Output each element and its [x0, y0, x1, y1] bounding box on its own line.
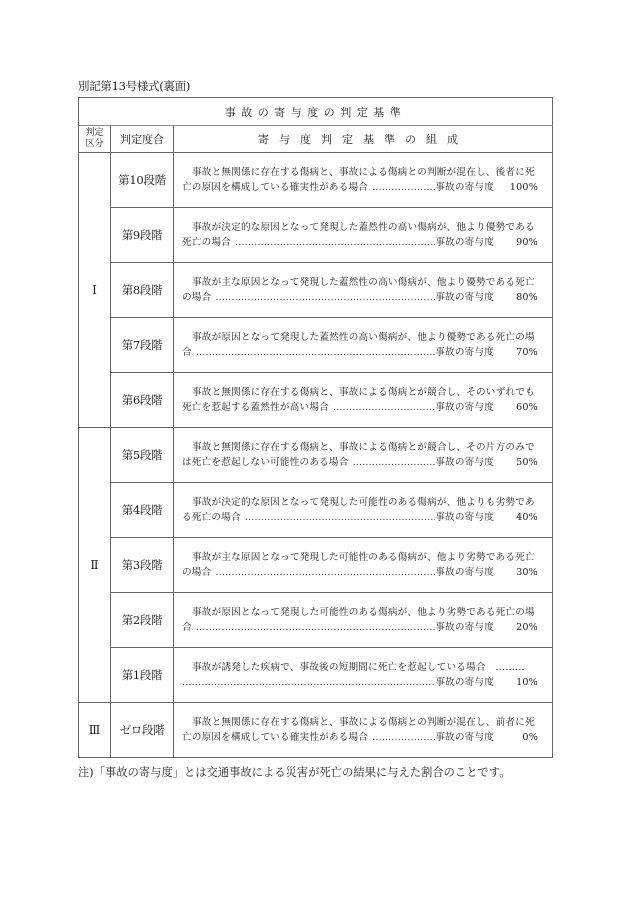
criteria-text-line1: 事故が原因となって発現した可能性のある傷病が、他より劣勢である死亡の場 — [182, 605, 546, 621]
score-label: 事故の寄与度 — [435, 675, 494, 691]
degree-cell: 第6段階 — [111, 373, 174, 428]
leader-dots — [235, 235, 435, 251]
criteria-text-line1: 事故が決定的な原因となって発現した可能性のある傷病が、他よりも劣勢であ — [182, 495, 546, 511]
criteria-cell: 事故が誘発した疾病で、事故後の短期間に死亡を惹起している場合 ……… 事故の寄与… — [174, 648, 553, 703]
degree-cell: 第9段階 — [111, 208, 174, 263]
criteria-text-line1: 事故と無関係に存在する傷病と、事故による傷病との判断が混在し、後者に死 — [182, 165, 546, 181]
score-label: 事故の寄与度 — [435, 235, 494, 251]
score-label: 事故の寄与度 — [435, 620, 494, 636]
score-label: 事故の寄与度 — [435, 565, 494, 581]
leader-dots — [245, 510, 435, 526]
table-row: 第6段階 事故と無関係に存在する傷病と、事故による傷病とが競合し、そのいずれでも… — [79, 373, 553, 428]
criteria-cell: 事故と無関係に存在する傷病と、事故による傷病とが競合し、その片方のみで は死亡を… — [174, 428, 553, 483]
leader-dots — [333, 400, 435, 416]
criteria-text-line1: 事故が誘発した疾病で、事故後の短期間に死亡を惹起している場合 ……… — [182, 660, 546, 676]
table-header-row: 判定 区分 判定度合 寄与度判定基準の組成 — [79, 126, 553, 153]
criteria-cell: 事故が決定的な原因となって発現した蓋然性の高い傷病が、他より優勢である 死亡の場… — [174, 208, 553, 263]
leader-dots — [372, 180, 435, 196]
criteria-cell: 事故と無関係に存在する傷病と、事故による傷病との判断が混在し、前者に死 亡の原因… — [174, 703, 553, 758]
header-degree: 判定度合 — [111, 126, 174, 153]
header-category-line2: 区分 — [79, 139, 110, 150]
category-cell: Ⅰ — [79, 153, 111, 428]
score-label: 事故の寄与度 — [435, 510, 494, 526]
score-value: 40% — [494, 510, 546, 526]
footnote: 注)「事故の寄与度」とは交通事故による災害が死亡の結果に与えた割合のことです。 — [78, 764, 511, 780]
score-value: 100% — [494, 180, 546, 196]
score-label: 事故の寄与度 — [435, 345, 494, 361]
score-label: 事故の寄与度 — [435, 290, 494, 306]
header-category-line1: 判定 — [79, 128, 110, 139]
table-row: 第2段階 事故が原因となって発現した可能性のある傷病が、他より劣勢である死亡の場… — [79, 593, 553, 648]
leader-dots — [182, 675, 435, 691]
score-label: 事故の寄与度 — [435, 180, 494, 196]
criteria-text-line1: 事故が主な原因となって発現した可能性のある傷病が、他より劣勢である死亡 — [182, 550, 546, 566]
criteria-text-line2: 亡の原因を構成している確実性がある場合 — [182, 180, 368, 196]
leader-dots — [196, 345, 435, 361]
criteria-cell: 事故が原因となって発現した蓋然性の高い傷病が、他より優勢である死亡の場 合事故の… — [174, 318, 553, 373]
leader-dots — [353, 455, 436, 471]
score-value: 10% — [494, 675, 546, 691]
criteria-cell: 事故と無関係に存在する傷病と、事故による傷病との判断が混在し、後者に死 亡の原因… — [174, 153, 553, 208]
score-value: 0% — [494, 730, 546, 746]
criteria-text-line1: 事故が決定的な原因となって発現した蓋然性の高い傷病が、他より優勢である — [182, 220, 546, 236]
score-value: 20% — [494, 620, 546, 636]
leader-dots — [215, 290, 435, 306]
criteria-cell: 事故が決定的な原因となって発現した可能性のある傷病が、他よりも劣勢であ る死亡の… — [174, 483, 553, 538]
score-label: 事故の寄与度 — [435, 400, 494, 416]
criteria-cell: 事故が主な原因となって発現した蓋然性の高い傷病が、他より優勢である死亡 の場合事… — [174, 263, 553, 318]
leader-dots — [215, 565, 435, 581]
table-row: Ⅰ 第10段階 事故と無関係に存在する傷病と、事故による傷病との判断が混在し、後… — [79, 153, 553, 208]
degree-cell: ゼロ段階 — [111, 703, 174, 758]
criteria-text-line1: 事故が原因となって発現した蓋然性の高い傷病が、他より優勢である死亡の場 — [182, 330, 546, 346]
table-title: 事故の寄与度の判定基準 — [79, 98, 553, 126]
header-category: 判定 区分 — [79, 126, 111, 153]
score-value: 60% — [494, 400, 546, 416]
category-cell: Ⅱ — [79, 428, 111, 703]
criteria-text-line2: は死亡を惹起しない可能性のある場合 — [182, 455, 349, 471]
degree-cell: 第5段階 — [111, 428, 174, 483]
criteria-text-line1: 事故と無関係に存在する傷病と、事故による傷病との判断が混在し、前者に死 — [182, 715, 546, 731]
degree-cell: 第3段階 — [111, 538, 174, 593]
criteria-text-line1: 事故と無関係に存在する傷病と、事故による傷病とが競合し、その片方のみで — [182, 440, 546, 456]
score-value: 30% — [494, 565, 546, 581]
degree-cell: 第10段階 — [111, 153, 174, 208]
form-label: 別記第13号様式(裏面) — [78, 78, 190, 94]
header-criteria: 寄与度判定基準の組成 — [174, 126, 553, 153]
criteria-cell: 事故と無関係に存在する傷病と、事故による傷病とが競合し、そのいずれでも 死亡を惹… — [174, 373, 553, 428]
table-row: 第3段階 事故が主な原因となって発現した可能性のある傷病が、他より劣勢である死亡… — [79, 538, 553, 593]
degree-cell: 第4段階 — [111, 483, 174, 538]
degree-cell: 第8段階 — [111, 263, 174, 318]
criteria-text-line2: 合 — [182, 620, 192, 636]
table-row: 第9段階 事故が決定的な原因となって発現した蓋然性の高い傷病が、他より優勢である… — [79, 208, 553, 263]
degree-cell: 第2段階 — [111, 593, 174, 648]
criteria-text-line1: 事故と無関係に存在する傷病と、事故による傷病とが競合し、そのいずれでも — [182, 385, 546, 401]
criteria-text-line2: 死亡の場合 — [182, 235, 231, 251]
table-row: 第4段階 事故が決定的な原因となって発現した可能性のある傷病が、他よりも劣勢であ… — [79, 483, 553, 538]
criteria-cell: 事故が原因となって発現した可能性のある傷病が、他より劣勢である死亡の場 合事故の… — [174, 593, 553, 648]
criteria-text-line2: 合 — [182, 345, 192, 361]
score-value: 90% — [494, 235, 546, 251]
criteria-text-line2: 死亡を惹起する蓋然性が高い場合 — [182, 400, 329, 416]
criteria-cell: 事故が主な原因となって発現した可能性のある傷病が、他より劣勢である死亡 の場合事… — [174, 538, 553, 593]
criteria-text-line2: の場合 — [182, 565, 211, 581]
criteria-text-line2: 亡の原因を構成している確実性がある場合 — [182, 730, 368, 746]
score-value: 80% — [494, 290, 546, 306]
category-cell: Ⅲ — [79, 703, 111, 758]
table-row: 第1段階 事故が誘発した疾病で、事故後の短期間に死亡を惹起している場合 ……… … — [79, 648, 553, 703]
criteria-text-line2: る死亡の場合 — [182, 510, 241, 526]
score-label: 事故の寄与度 — [435, 730, 494, 746]
table-row: Ⅱ 第5段階 事故と無関係に存在する傷病と、事故による傷病とが競合し、その片方の… — [79, 428, 553, 483]
contribution-criteria-table: 事故の寄与度の判定基準 判定 区分 判定度合 寄与度判定基準の組成 Ⅰ 第10段… — [78, 97, 553, 758]
score-value: 70% — [494, 345, 546, 361]
degree-cell: 第7段階 — [111, 318, 174, 373]
table-row: 第8段階 事故が主な原因となって発現した蓋然性の高い傷病が、他より優勢である死亡… — [79, 263, 553, 318]
leader-dots — [372, 730, 435, 746]
score-label: 事故の寄与度 — [435, 455, 494, 471]
table-title-row: 事故の寄与度の判定基準 — [79, 98, 553, 126]
score-value: 50% — [494, 455, 546, 471]
criteria-text-line1: 事故が主な原因となって発現した蓋然性の高い傷病が、他より優勢である死亡 — [182, 275, 546, 291]
criteria-text-line2: の場合 — [182, 290, 211, 306]
degree-cell: 第1段階 — [111, 648, 174, 703]
table-row: Ⅲ ゼロ段階 事故と無関係に存在する傷病と、事故による傷病との判断が混在し、前者… — [79, 703, 553, 758]
table-row: 第7段階 事故が原因となって発現した蓋然性の高い傷病が、他より優勢である死亡の場… — [79, 318, 553, 373]
leader-dots — [196, 620, 435, 636]
